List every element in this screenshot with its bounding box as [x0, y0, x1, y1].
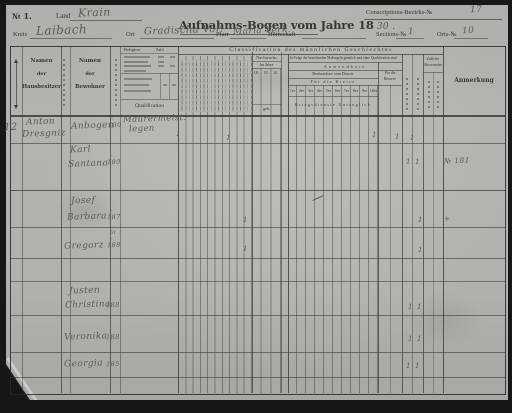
rule	[10, 258, 505, 259]
illegible-text-row	[124, 61, 148, 63]
ort-label: Ort	[126, 31, 135, 38]
ink-mark: 1	[395, 133, 399, 141]
vertical-microtext	[417, 76, 419, 110]
vertical-microtext	[406, 76, 408, 110]
ink-mark: 1	[243, 216, 247, 224]
orts-no-label: Orts-№	[437, 31, 457, 38]
illegible-text-row	[124, 90, 151, 92]
ink-mark: 1	[410, 134, 414, 142]
reserve-line2: Reserve	[378, 77, 402, 81]
rule	[288, 96, 378, 97]
maszregeln-bestimmbare: Bestimmbare zum Dienste	[288, 72, 378, 76]
rule	[10, 281, 505, 282]
rule	[121, 53, 178, 54]
ink-mark: 1	[418, 246, 422, 254]
ink-mark: 1	[406, 362, 410, 370]
illegible-text-row	[124, 56, 150, 58]
year-cell: 18..	[271, 70, 281, 75]
rule	[402, 54, 403, 393]
handwritten-inhabitant: Veronika	[64, 331, 108, 343]
ink-mark: 1	[372, 131, 376, 139]
rule	[61, 46, 62, 393]
handwritten-house-owner: Anton	[26, 116, 55, 127]
anmerkung-label: Anmerkung	[443, 77, 505, 84]
ink-mark: 1	[243, 245, 247, 253]
rule	[121, 99, 178, 100]
herrschaft-underline	[302, 38, 366, 39]
maszregeln-anwendbare: Anwendbare	[288, 64, 402, 69]
nachwuchs-foot: geb.	[252, 106, 281, 111]
rule	[22, 46, 23, 393]
kreis-col: 8er	[351, 88, 360, 93]
rule	[169, 73, 170, 99]
sections-value: 1	[408, 27, 414, 37]
kreis-column-labels: 1er 2er 3er 4er 5er 6er 7er 8er 9er 10er	[288, 88, 378, 93]
abwesende-line2: Abwesenden	[421, 63, 445, 67]
kreis-col: 10er	[369, 88, 378, 93]
rule	[10, 352, 505, 353]
handwritten-number: 180	[108, 118, 122, 129]
arrow-up-icon	[14, 59, 18, 63]
handwritten-inhabitant: Karl	[70, 145, 91, 156]
handwritten-inhabitant: Justen	[69, 285, 101, 296]
conscription-district-value: 17	[470, 5, 483, 15]
handwritten-inhabitant: Barbara	[67, 211, 107, 222]
nachwuchs-title: Nachwuchs	[252, 55, 281, 60]
kreis-col: 6er	[333, 88, 342, 93]
ink-mark: 1	[417, 303, 421, 311]
col-owner-line2: der	[24, 71, 59, 77]
classification-title: Classification des männlichen Geschlecht…	[180, 47, 442, 53]
rule	[10, 315, 505, 316]
ink-mark: 1	[415, 158, 419, 166]
handwritten-inhabitant: Gregorz	[64, 240, 104, 251]
handwritten-number: 187	[107, 210, 121, 221]
kreis-col: 4er	[315, 88, 324, 93]
ort-underline	[140, 38, 214, 39]
vertical-microtext	[115, 58, 117, 106]
illegible-text-row	[124, 78, 152, 80]
rule	[281, 52, 282, 393]
orts-no-value: 10	[462, 26, 475, 36]
dash-entry	[170, 56, 175, 58]
kreis-value: Laibach	[36, 22, 88, 38]
handwritten-running-number: 12	[4, 122, 18, 133]
dash-entry	[163, 84, 167, 86]
rule	[390, 85, 391, 393]
herrschaft-label: Herrschaft	[268, 31, 295, 38]
illegible-text-row	[124, 65, 151, 67]
ink-mark: 1	[408, 303, 412, 311]
kreis-label: Kreis	[13, 31, 27, 38]
handwritten-number: 188	[106, 330, 120, 341]
orts-underline	[454, 38, 488, 39]
rule	[10, 190, 505, 191]
handwritten-inhabitant: Santana	[68, 158, 109, 169]
col-owner-line3: Hausbesitzer	[22, 84, 61, 90]
col-inhabitants-line1: Namen	[71, 58, 109, 64]
kreis-underline	[30, 38, 112, 39]
vertical-microtext	[437, 78, 439, 108]
religion-zahl-label: Zahl	[156, 47, 164, 52]
handwritten-inhabitant: Georgia	[64, 358, 103, 369]
ink-mark: +	[444, 215, 450, 223]
pfarr-underline	[230, 38, 266, 39]
handwritten-qualification: legen	[129, 124, 155, 135]
kreis-col: 9er	[360, 88, 369, 93]
maszregeln-line1: In Folge der bestehenden Maßregeln gänzl…	[290, 56, 400, 60]
col-owner-line1: Namen	[24, 58, 59, 64]
conscription-label-text: Conscriptions-Bezirks-№	[366, 9, 433, 16]
ink-mark: 1	[417, 335, 421, 343]
nachwuchs-line1: Im Jahre	[252, 62, 281, 67]
handwritten-number: 185	[106, 357, 120, 368]
land-value-handwritten: Krain	[78, 5, 111, 19]
rule	[178, 54, 443, 55]
arrow-down-icon	[14, 105, 18, 109]
col-inhabitants-line2: der	[71, 71, 109, 77]
row-span-arrow-line	[16, 63, 17, 105]
ink-mark: 1	[176, 130, 180, 138]
handwritten-house-owner: Dresgniz	[22, 128, 66, 140]
dash-entry	[158, 65, 164, 67]
vertical-microtext	[428, 78, 430, 108]
kreis-col: 2er	[297, 88, 306, 93]
maszregeln-foot: Kriegsdienste Untauglich	[288, 102, 378, 107]
col-inhabitants-line3: Bewohner	[71, 84, 109, 90]
ink-mark: 1	[406, 158, 410, 166]
rule	[288, 85, 402, 86]
year-cell: 18..	[252, 70, 262, 75]
ink-mark: 1	[418, 216, 422, 224]
rule	[252, 68, 281, 69]
sections-label: Sections-№	[376, 31, 406, 38]
illegible-text-row	[124, 84, 149, 86]
qualification-label: Qualification	[121, 103, 178, 109]
sheet-number: № 1.	[12, 11, 32, 21]
religion-title: Religion	[124, 47, 140, 52]
conscription-district-label: Conscriptions-Bezirks-№	[366, 9, 433, 16]
dash-entry	[158, 61, 164, 63]
nachwuchs-years: 18.. 18.. 18..	[252, 70, 281, 75]
census-form-scan: № 1. Land Krain Aufnahms-Bogen vom Jahre…	[0, 0, 512, 413]
rule	[10, 115, 505, 117]
ink-mark: 1	[226, 134, 230, 142]
kreis-col: 3er	[306, 88, 315, 93]
rule	[10, 377, 505, 378]
pfarr-label: Pfarr	[216, 31, 229, 38]
rule	[178, 46, 179, 393]
kreis-col: 7er	[342, 88, 351, 93]
ink-mark: 1	[408, 335, 412, 343]
rule	[160, 73, 161, 99]
reserve-line1: Für die	[378, 71, 402, 75]
handwritten-inhabitant: Josef	[71, 196, 96, 207]
dash-entry	[158, 56, 164, 58]
conscription-underline	[364, 19, 502, 20]
dash-entry	[170, 65, 175, 67]
kreis-col: 1er	[288, 88, 297, 93]
handwritten-number: 188	[107, 238, 121, 249]
rule	[252, 104, 281, 105]
land-label: Land	[56, 12, 70, 20]
rule	[423, 54, 424, 393]
blank-line	[70, 20, 142, 21]
year-cell: 18..	[262, 70, 272, 75]
dash-entry	[172, 84, 176, 86]
kreis-col: 5er	[324, 88, 333, 93]
sections-underline	[396, 38, 424, 39]
handwritten-inhabitant: Christina	[65, 299, 111, 311]
maszregeln-kreise-label: Für die Kreise	[288, 79, 378, 84]
vertical-microtext	[63, 58, 65, 106]
rule	[10, 227, 505, 228]
abwesende-line1: Zahl der	[423, 57, 443, 61]
rule	[423, 72, 443, 73]
handwritten-remark: № 181	[444, 156, 470, 166]
illegible-text-row	[124, 70, 146, 72]
ink-mark: 1	[415, 362, 419, 370]
handwritten-number: 188	[106, 298, 120, 309]
handwritten-number: 180	[107, 155, 121, 166]
rule	[433, 72, 434, 393]
